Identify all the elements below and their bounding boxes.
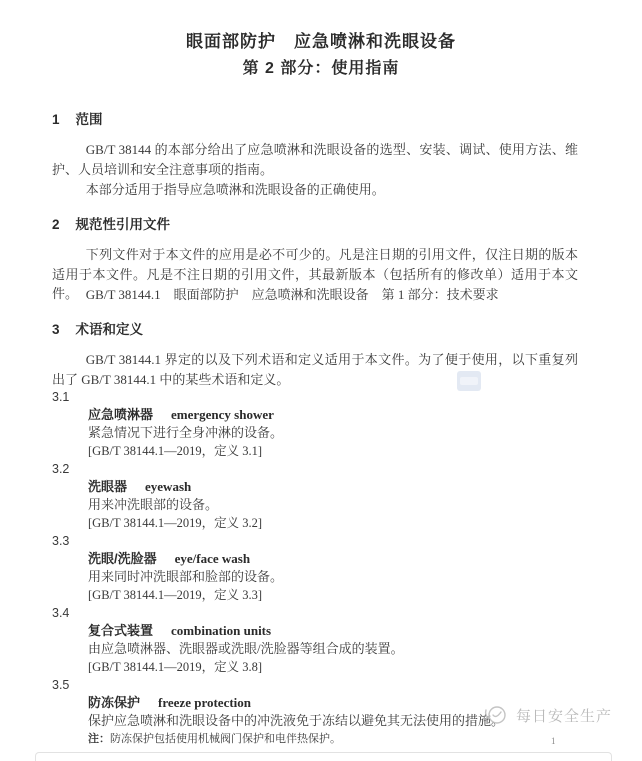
document-title-line2: 第 2 部分：使用指南 [0,55,642,78]
term-source-citation: [GB/T 38144.1—2019，定义 3.3] [52,586,578,604]
next-page-edge [35,752,612,761]
term-name-en: eye/face wash [175,551,250,566]
scope-paragraph-1: GB/T 38144 的本部分给出了应急喷淋和洗眼设备的选型、安装、调试、使用方… [52,140,578,179]
term-item-3-1: 3.1 应急喷淋器 emergency shower 紧急情况下进行全身冲淋的设… [52,388,578,460]
section-heading-normative-references: 2规范性引用文件 [52,213,578,233]
terms-list: 3.1 应急喷淋器 emergency shower 紧急情况下进行全身冲淋的设… [52,388,578,748]
term-name-zh: 洗眼/洗脸器 [88,551,157,566]
term-item-3-2: 3.2 洗眼器 eyewash 用来冲洗眼部的设备。 [GB/T 38144.1… [52,460,578,532]
term-name-row: 洗眼器 eyewash [52,478,578,496]
term-definition: 由应急喷淋器、洗眼器或洗眼/洗脸器等组合成的装置。 [52,640,578,658]
term-number: 3.1 [52,388,578,406]
section-heading-scope: 1范围 [52,108,578,128]
term-number: 3.3 [52,532,578,550]
daily-safety-brand-logo-icon [484,704,510,726]
term-item-3-4: 3.4 复合式装置 combination units 由应急喷淋器、洗眼器或洗… [52,604,578,676]
section-number: 1 [52,112,60,127]
section-number: 3 [52,322,60,337]
term-name-zh: 防冻保护 [88,695,140,710]
referenced-standard: GB/T 38144.1 眼面部防护 应急喷淋和洗眼设备 第 1 部分：技术要求 [52,284,578,303]
term-name-en: freeze protection [158,695,251,710]
term-definition: 用来冲洗眼部的设备。 [52,496,578,514]
term-name-row: 复合式装置 combination units [52,622,578,640]
term-number: 3.2 [52,460,578,478]
brand-watermark: 每日安全生产 [484,703,612,727]
term-item-3-3: 3.3 洗眼/洗脸器 eye/face wash 用来同时冲洗眼部和脸部的设备。… [52,532,578,604]
section-title: 规范性引用文件 [76,217,171,232]
term-name-en: eyewash [145,479,191,494]
term-name-zh: 洗眼器 [88,479,127,494]
term-note: 注：防冻保护包括使用机械阀门保护和电伴热保护。 [52,730,578,748]
term-definition: 用来同时冲洗眼部和脸部的设备。 [52,568,578,586]
scope-paragraph-2: 本部分适用于指导应急喷淋和洗眼设备的正确使用。 [52,180,578,200]
term-source-citation: [GB/T 38144.1—2019，定义 3.8] [52,658,578,676]
document-page: 眼面部防护 应急喷淋和洗眼设备 第 2 部分：使用指南 1范围 GB/T 381… [0,0,642,761]
note-text: 防冻保护包括使用机械阀门保护和电伴热保护。 [110,733,341,745]
term-name-zh: 复合式装置 [88,623,153,638]
term-number: 3.4 [52,604,578,622]
note-label: 注： [88,733,110,745]
page-number-mark: 1 [551,736,556,746]
term-source-citation: [GB/T 38144.1—2019，定义 3.1] [52,442,578,460]
document-title-line1: 眼面部防护 应急喷淋和洗眼设备 [0,27,642,52]
section-title: 术语和定义 [76,322,144,337]
section-heading-terms: 3术语和定义 [52,318,578,338]
term-name-row: 洗眼/洗脸器 eye/face wash [52,550,578,568]
term-name-row: 应急喷淋器 emergency shower [52,406,578,424]
section-number: 2 [52,217,60,232]
term-name-en: combination units [171,623,271,638]
terms-intro-paragraph: GB/T 38144.1 界定的以及下列术语和定义适用于本文件。为了便于使用，以… [52,350,578,389]
term-number: 3.5 [52,676,578,694]
brand-watermark-text: 每日安全生产 [516,705,612,726]
term-name-zh: 应急喷淋器 [88,407,153,422]
term-source-citation: [GB/T 38144.1—2019，定义 3.2] [52,514,578,532]
term-definition: 紧急情况下进行全身冲淋的设备。 [52,424,578,442]
section-title: 范围 [76,112,103,127]
term-name-en: emergency shower [171,407,274,422]
